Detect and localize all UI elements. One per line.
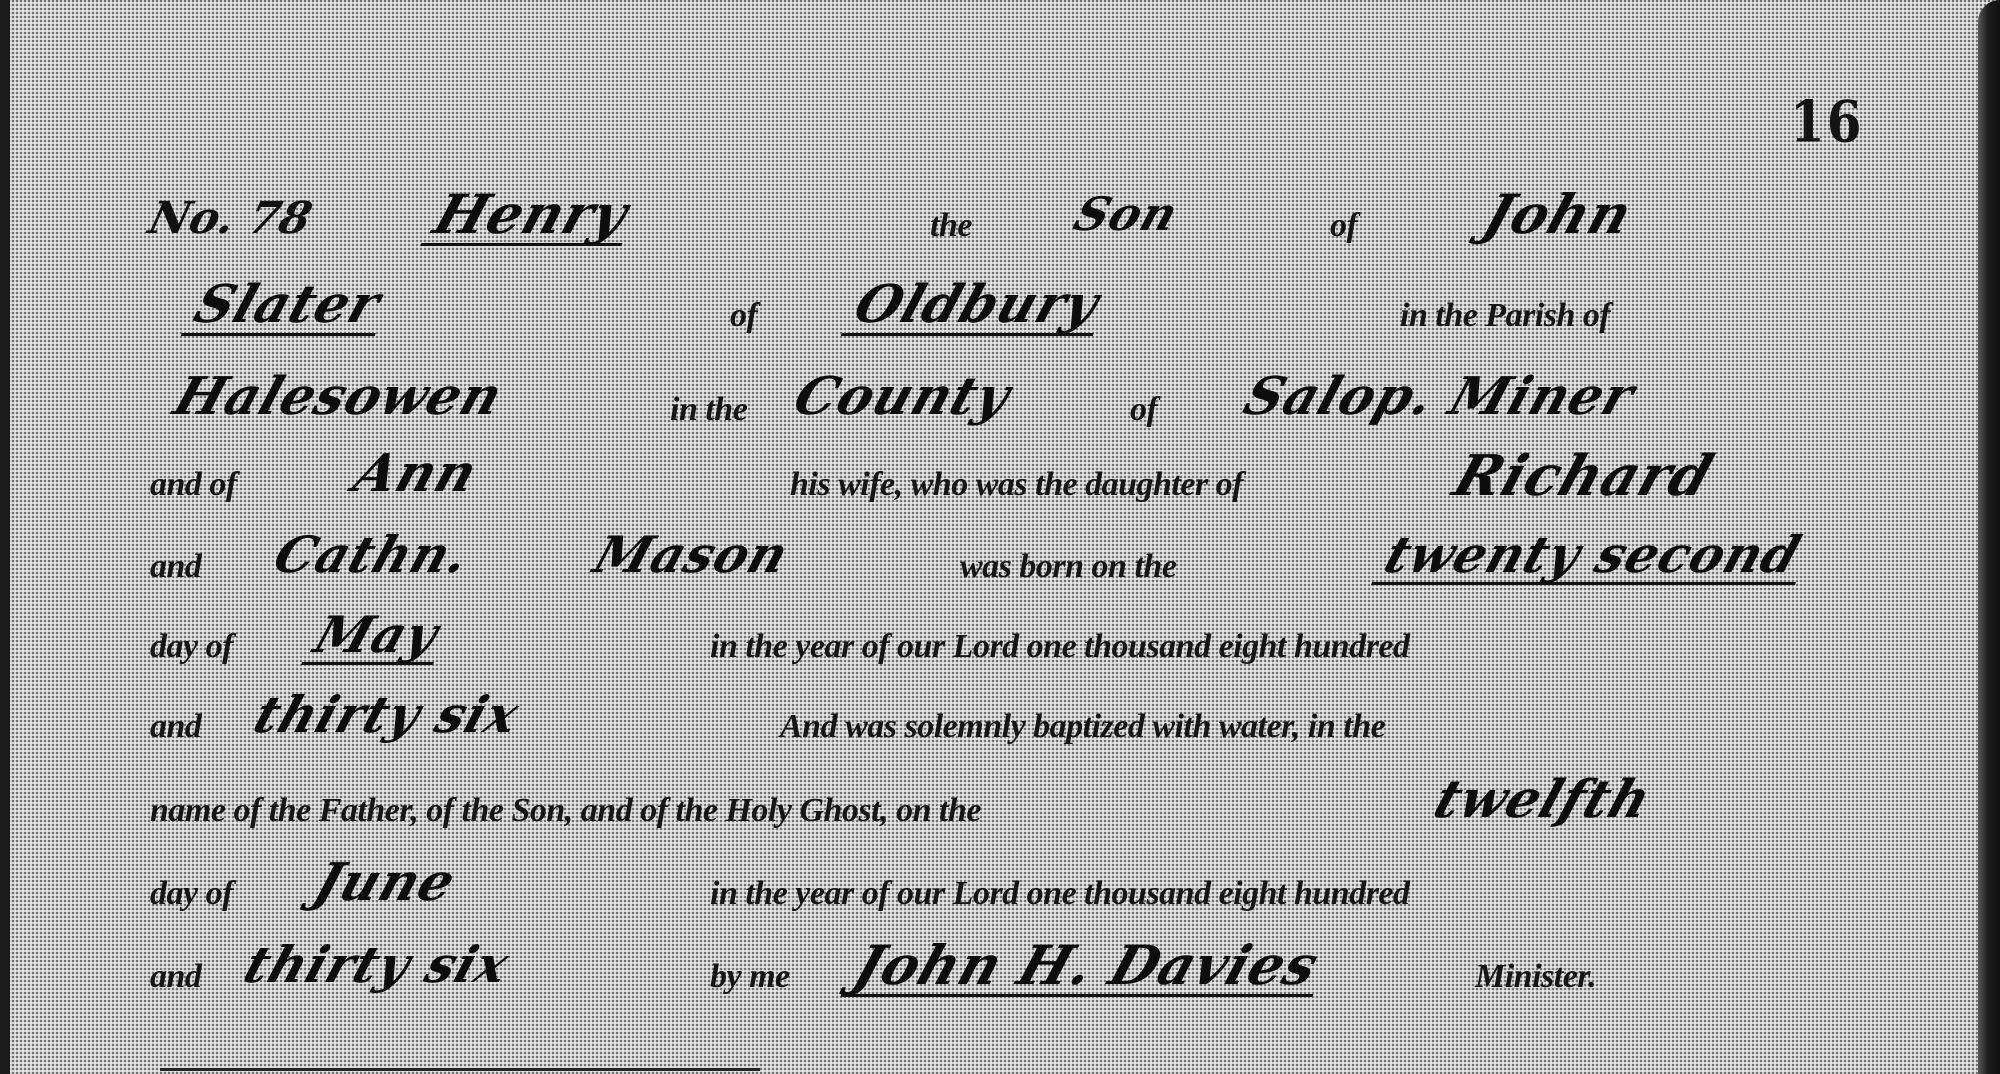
handwritten-birth-month: May: [301, 610, 451, 665]
handwritten-maternal-surname: Mason: [582, 530, 802, 582]
handwritten-birth-day: twenty second: [1371, 530, 1813, 585]
entry-number: No. 78: [144, 193, 317, 244]
printed-text: and: [150, 548, 201, 586]
printed-text: by me: [710, 958, 790, 996]
printed-text: the: [930, 207, 972, 245]
handwritten-surname: Slater: [181, 279, 393, 336]
printed-text: in the year of our Lord one thousand eig…: [710, 875, 1410, 913]
entry-line-5: and Cathn. Mason was born on the twenty …: [150, 528, 1760, 608]
handwritten-child-name: Henry: [420, 187, 641, 246]
printed-text: name of the Father, of the Son, and of t…: [150, 792, 981, 830]
entry-line-6: day of May in the year of our Lord one t…: [150, 608, 1760, 688]
page-right-edge: [1978, 0, 2000, 1074]
printed-text: of: [1130, 391, 1157, 429]
printed-text: day of: [150, 628, 233, 666]
handwritten-baptism-year: thirty six: [232, 940, 522, 992]
bottom-rule: [160, 1068, 760, 1071]
printed-text: and: [150, 708, 201, 746]
handwritten-county-label: County: [781, 371, 1022, 425]
printed-text: in the: [670, 391, 747, 429]
handwritten-parish: Halesowen: [161, 371, 515, 425]
handwritten-birth-year: thirty six: [242, 690, 532, 742]
handwritten-relation: Son: [1062, 191, 1190, 239]
printed-text: of: [1330, 207, 1357, 245]
handwritten-abode: Oldbury: [841, 279, 1112, 336]
entry-line-10: and thirty six by me John H. Davies Mini…: [150, 938, 1760, 1018]
printed-text: And was solemnly baptized with water, in…: [780, 708, 1385, 746]
handwritten-mother-name: Ann: [341, 448, 490, 502]
entry-line-8: name of the Father, of the Son, and of t…: [150, 772, 1760, 852]
handwritten-minister-signature: John H. Davies: [840, 938, 1331, 997]
entry-line-4: and of Ann his wife, who was the daughte…: [150, 448, 1760, 528]
printed-text: Minister.: [1475, 958, 1596, 996]
entry-line-7: and thirty six And was solemnly baptized…: [150, 688, 1760, 768]
handwritten-maternal-grandfather: Richard: [1441, 448, 1726, 506]
entry-line-1: No. 78 Henry the Son of John: [150, 185, 1760, 265]
printed-text: in the Parish of: [1400, 297, 1610, 335]
printed-text: and of: [150, 466, 237, 504]
printed-text: his wife, who was the daughter of: [790, 466, 1243, 504]
printed-text: and: [150, 958, 201, 996]
handwritten-baptism-month: June: [301, 857, 468, 911]
entry-line-9: day of June in the year of our Lord one …: [150, 855, 1760, 935]
page-number: 16: [1790, 88, 1864, 156]
handwritten-baptism-day: twelfth: [1421, 774, 1663, 828]
printed-text: day of: [150, 875, 233, 913]
printed-text: in the year of our Lord one thousand eig…: [710, 628, 1410, 666]
entry-line-2: Slater of Oldbury in the Parish of: [150, 275, 1760, 355]
page-left-edge: [0, 0, 10, 1074]
handwritten-maternal-grandmother: Cathn.: [262, 530, 482, 582]
printed-text: of: [730, 297, 757, 335]
handwritten-county-occupation: Salop. Miner: [1231, 371, 1646, 425]
handwritten-father-forename: John: [1471, 187, 1645, 243]
entry-line-3: Halesowen in the County of Salop. Miner: [150, 365, 1760, 445]
printed-text: was born on the: [960, 548, 1176, 586]
register-page: 16 No. 78 Henry the Son of John Slater o…: [0, 0, 2000, 1074]
